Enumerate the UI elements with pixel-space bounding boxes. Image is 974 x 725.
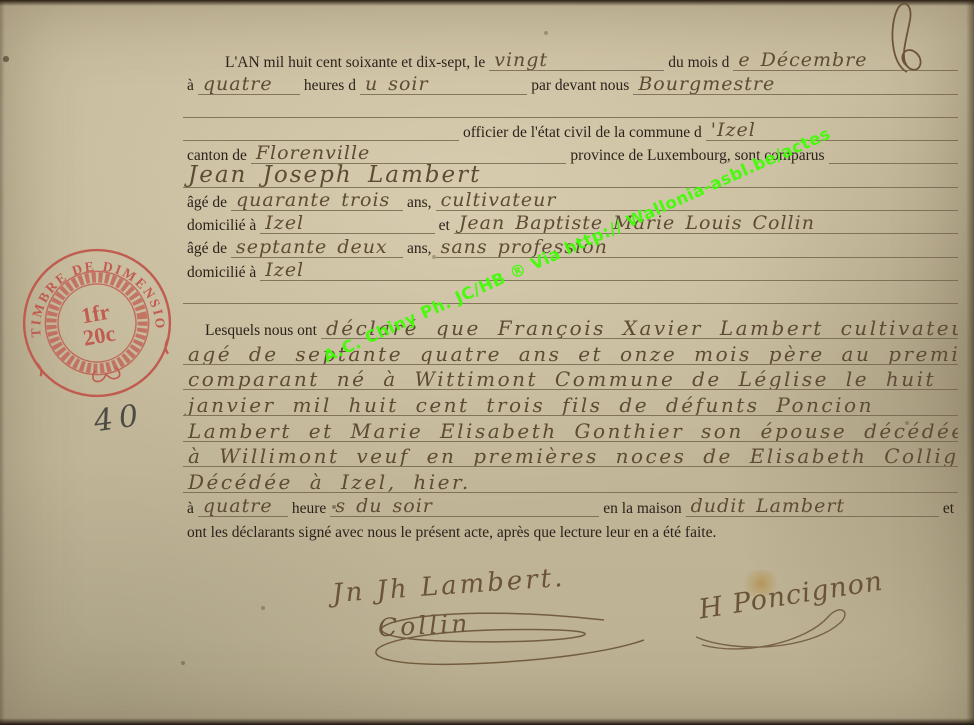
handwritten-entry: Lambert et Marie Elisabeth Gonthier son …	[183, 421, 958, 442]
form-line: Lambert et Marie Elisabeth Gonthier son …	[183, 416, 958, 442]
form-line	[183, 281, 958, 304]
form-line: âgé deseptante deuxans,sans profession	[183, 234, 958, 257]
handwritten-entry: quarante trois	[231, 191, 403, 211]
printed-text: heures d	[300, 77, 360, 94]
form-line: comparant né à Wittimont Commune de Légl…	[183, 365, 958, 391]
printed-text: province de Luxembourg, sont comparus	[566, 147, 828, 164]
handwritten-entry: Jean Joseph Lambert	[183, 164, 958, 188]
form-line: domicilié àIzel	[183, 258, 958, 281]
printed-text: ans,	[403, 240, 436, 257]
form-line: Lesquels nous ontdéclaré que François Xa…	[183, 313, 958, 339]
printed-text: L'AN mil huit cent soixante et dix-sept,…	[221, 54, 489, 71]
form-line	[183, 95, 958, 118]
form-line: âgé dequarante troisans,cultivateur	[183, 188, 958, 211]
printed-text: âgé de	[183, 194, 231, 211]
blank-rule	[183, 303, 958, 304]
printed-text: du mois d	[664, 54, 733, 71]
printed-text: âgé de	[183, 240, 231, 257]
printed-text: domicilié à	[183, 264, 260, 281]
handwritten-entry: quatre	[198, 75, 300, 95]
form-line: àquatreheures du soirpar devant nousBour…	[183, 71, 958, 94]
signature-officer: H Poncignon	[697, 566, 885, 626]
closing-section: àquatreheures du soiren la maisondudit L…	[183, 493, 958, 541]
signature-declarant-collin: Collin	[377, 609, 471, 643]
handwritten-entry: 'Izel	[706, 121, 958, 141]
printed-text: ont les déclarants signé avec nous le pr…	[183, 524, 720, 541]
printed-text: par devant nous	[527, 77, 633, 94]
handwritten-entry: Izel	[260, 214, 434, 234]
page-edge-bottom	[0, 718, 974, 725]
handwritten-entry: u soir	[360, 75, 527, 95]
handwritten-entry: dudit Lambert	[686, 497, 939, 517]
handwritten-entry: septante deux	[231, 238, 403, 258]
handwritten-entry: cultivateur	[436, 191, 958, 211]
form-line: Décédée à Izel, hier.	[183, 467, 958, 493]
handwritten-entry: Izel	[260, 261, 958, 281]
form-line: agé de septante quatre ans et onze mois …	[183, 339, 958, 365]
printed-text: et	[939, 500, 958, 517]
printed-text: ans,	[403, 194, 436, 211]
handwritten-entry: Florenville	[251, 144, 567, 164]
handwritten-entry: e Décembre	[733, 51, 958, 71]
handwritten-entry: Jean Baptiste Marie Louis Collin	[454, 214, 958, 234]
handwritten-entry: comparant né à Wittimont Commune de Légl…	[183, 369, 958, 390]
stamp-value-bottom: 20c	[81, 320, 117, 350]
signature-flourish-collin	[292, 598, 662, 688]
form-line: L'AN mil huit cent soixante et dix-sept,…	[183, 48, 958, 71]
form-line: à Willimont veuf en premières noces de E…	[183, 442, 958, 468]
handwritten-entry: vingt	[489, 51, 664, 71]
form-line: àquatreheures du soiren la maisondudit L…	[183, 493, 958, 517]
page-edge-left	[0, 0, 5, 725]
page-edge-top	[0, 0, 974, 6]
handwritten-entry: quatre	[198, 497, 288, 517]
handwritten-entry: sans profession	[436, 238, 958, 258]
handwritten-entry: janvier mil huit cent trois fils de défu…	[183, 395, 958, 416]
printed-text: officier de l'état civil de la commune d	[459, 124, 706, 141]
printed-text: Lesquels nous ont	[183, 322, 321, 339]
handwritten-entry: s du soir	[330, 497, 599, 517]
printed-text: canton de	[183, 147, 251, 164]
handwritten-entry: déclaré que François Xavier Lambert cult…	[321, 318, 958, 339]
handwritten-entry: à Willimont veuf en premières noces de E…	[183, 446, 958, 467]
printed-text: et	[435, 217, 454, 234]
form-line: ont les déclarants signé avec nous le pr…	[183, 517, 958, 541]
handwritten-entry: Bourgmestre	[633, 75, 958, 95]
printed-text: domicilié à	[183, 217, 260, 234]
pencil-number: 40	[92, 401, 146, 438]
declaration-paragraph: Lesquels nous ontdéclaré que François Xa…	[183, 313, 958, 493]
page-edge-right	[966, 0, 974, 725]
printed-text: en la maison	[599, 500, 685, 517]
form-line: janvier mil huit cent trois fils de défu…	[183, 390, 958, 416]
printed-text: à	[183, 500, 198, 517]
handwritten-entry: agé de septante quatre ans et onze mois …	[183, 344, 958, 365]
revenue-stamp: TIMBRE DE DIMENSION 1fr 20c	[3, 229, 191, 417]
scanned-document: TIMBRE DE DIMENSION 1fr 20c 40 A.C. Chin…	[0, 0, 974, 725]
form-line: domicilié àIzeletJean Baptiste Marie Lou…	[183, 211, 958, 234]
form-line: canton deFlorenvilleprovince de Luxembou…	[183, 141, 958, 164]
handwritten-entry: Décédée à Izel, hier.	[183, 472, 958, 493]
printed-text: heure	[288, 500, 330, 517]
form-line: Jean Joseph Lambert	[183, 164, 958, 187]
paper-specks	[0, 0, 2, 2]
civil-record-form: L'AN mil huit cent soixante et dix-sept,…	[183, 48, 958, 541]
form-line: officier de l'état civil de la commune d…	[183, 118, 958, 141]
form-header-section: L'AN mil huit cent soixante et dix-sept,…	[183, 48, 958, 304]
signature-declarant-lambert: Jn Jh Lambert.	[331, 563, 566, 609]
printed-text: à	[183, 77, 198, 94]
